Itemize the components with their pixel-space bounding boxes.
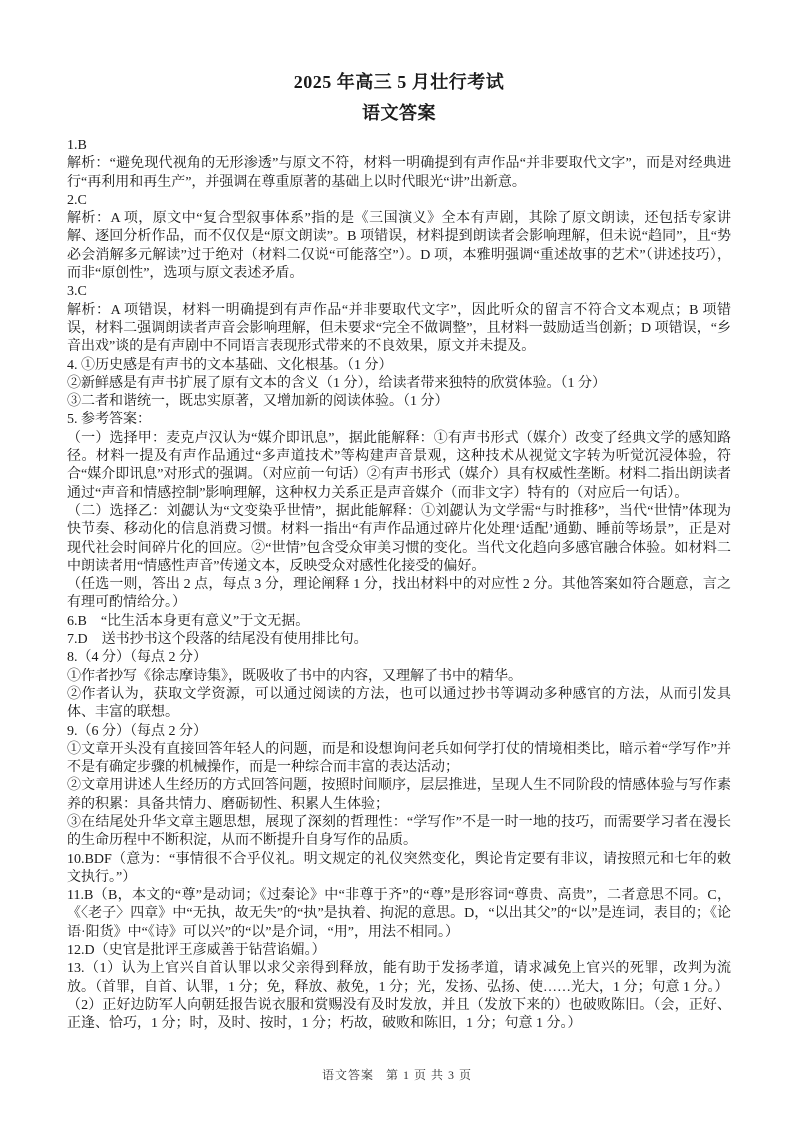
answer-paragraph: 解析：“避免现代视角的无形渗透”与原文不符，材料一明确提到有声作品“并非要取代文… [67,155,731,192]
answer-paragraph: 6.B “比生活本身更有意义”于文无据。 [67,613,731,631]
answer-paragraph: 13.（1）认为上官兴自首认罪以求父亲得到释放，能有助于发扬孝道，请求减免上官兴… [67,960,731,997]
answer-paragraph: 12.D（史官是批评王彦威善于钻营谄媚。） [67,942,731,960]
document-page: 2025 年高三 5 月壮行考试 语文答案 1.B解析：“避免现代视角的无形渗透… [0,0,794,1123]
answer-paragraph: 解析：A 项错误，材料一明确提到有声作品“并非要取代文字”，因此听众的留言不符合… [67,302,731,357]
footer-page-info: 第 1 页 共 3 页 [386,1068,472,1082]
answer-paragraph: 7.D 送书抄书这个段落的结尾没有使用排比句。 [67,631,731,649]
answer-paragraph: ②新鲜感是有声书扩展了原有文本的含义（1 分），给读者带来独特的欣赏体验。（1 … [67,375,731,393]
answer-paragraph: （二）选择乙：刘勰认为“文变染乎世情”，据此能解释：①刘勰认为文学需“与时推移”… [67,503,731,576]
answer-paragraph: 10.BDF（意为：“事情很不合乎仪礼。明文规定的礼仪突然变化，舆论肯定要有非议… [67,851,731,888]
answer-paragraph: 3.C [67,283,731,301]
answer-paragraph: 解析：A 项，原文中“复合型叙事体系”指的是《三国演义》全本有声剧，其除了原文朗… [67,210,731,283]
answer-paragraph: ③二者和谐统一，既忠实原著，又增加新的阅读体验。（1 分） [67,393,731,411]
answer-paragraph: （任选一则，答出 2 点，每点 3 分，理论阐释 1 分，找出材料中的对应性 2… [67,576,731,613]
footer-doc-label: 语文答案 [322,1068,374,1082]
document-title: 2025 年高三 5 月壮行考试 [67,72,731,92]
answer-paragraph: ③在结尾处升华文章主题思想，展现了深刻的哲理性：“学写作”不是一时一地的技巧，而… [67,814,731,851]
answer-paragraph: （一）选择甲：麦克卢汉认为“媒介即讯息”，据此能解释：①有声书形式（媒介）改变了… [67,430,731,503]
answers-body: 1.B解析：“避免现代视角的无形渗透”与原文不符，材料一明确提到有声作品“并非要… [67,137,731,1034]
page-footer: 语文答案第 1 页 共 3 页 [0,1066,794,1083]
answer-paragraph: ①文章开头没有直接回答年轻人的问题，而是和设想询问老兵如何学打仗的情境相类比，暗… [67,741,731,778]
answer-paragraph: 9.（6 分）（每点 2 分） [67,723,731,741]
answer-paragraph: 8.（4 分）（每点 2 分） [67,649,731,667]
answer-paragraph: ②作者认为，获取文学资源，可以通过阅读的方法，也可以通过抄书等调动多种感官的方法… [67,686,731,723]
answer-paragraph: 1.B [67,137,731,155]
answer-paragraph: 11.B（B，本文的“尊”是动词；《过秦论》中“非尊于齐”的“尊”是形容词“尊贵… [67,887,731,942]
answer-paragraph: ①作者抄写《徐志摩诗集》，既吸收了书中的内容，又理解了书中的精华。 [67,668,731,686]
answer-paragraph: 4. ①历史感是有声书的文本基础、文化根基。（1 分） [67,357,731,375]
answer-paragraph: 2.C [67,192,731,210]
answer-paragraph: （2）正好边防军人向朝廷报告说衣服和赏赐没有及时发放，并且（发放下来的）也破败陈… [67,997,731,1034]
answer-paragraph: 5. 参考答案： [67,411,731,429]
answer-paragraph: ②文章用讲述人生经历的方式回答问题，按照时间顺序，层层推进，呈现人生不同阶段的情… [67,777,731,814]
document-subtitle: 语文答案 [67,103,731,123]
